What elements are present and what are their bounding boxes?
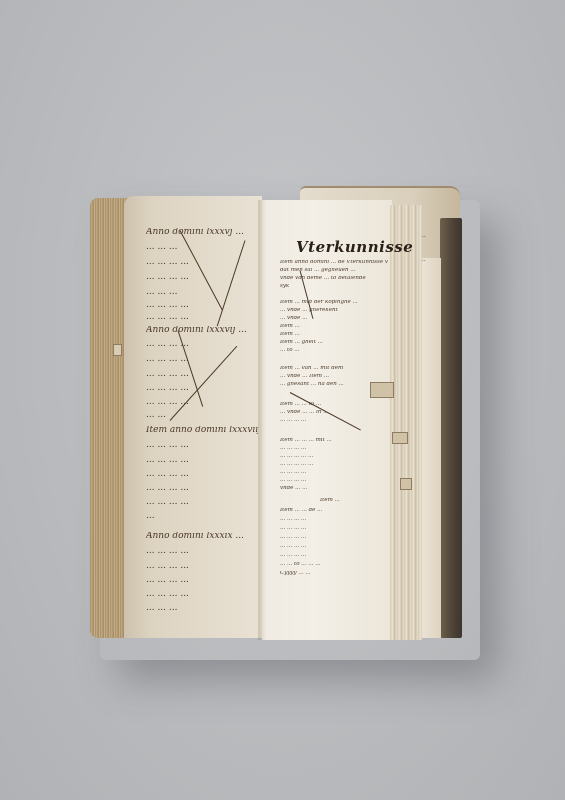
manuscript-line: Item ... ... to ...	[280, 402, 388, 408]
manuscript-line: ... ... ... ...	[280, 470, 388, 476]
manuscript-line: Item ... ... de ...	[280, 508, 388, 514]
manuscript-line: vnde ... ...	[280, 486, 388, 492]
manuscript-line: ... ... ... ...	[146, 470, 258, 479]
right-page-stack	[390, 205, 422, 640]
manuscript-line: ... ... ... ...	[146, 484, 258, 493]
manuscript-line: Item anno domini lxxxviij	[146, 426, 258, 435]
manuscript-line: dat men sal ... gegheuen ...	[280, 268, 388, 274]
right-page-heading: Vterkunnisse	[296, 238, 413, 256]
manuscript-line: ... ... ... ...	[146, 441, 258, 450]
manuscript-line: ... ... ... ...	[146, 340, 258, 349]
manuscript-line: ... ... ... ...	[280, 526, 388, 532]
manuscript-line: Item ... ... ... mit ...	[280, 438, 388, 444]
manuscript-line: ... ghesant ... na den ...	[280, 382, 388, 388]
manuscript-line: Anno domini lxxxvj ...	[146, 228, 258, 237]
manuscript-line: ... ... ... ...	[280, 478, 388, 484]
manuscript-line: ... ... ... ...	[146, 547, 258, 556]
manuscript-line: Item ...	[280, 332, 388, 338]
manuscript-line: Item ... van ... mit dem	[280, 366, 388, 372]
manuscript-line: ... ... ...	[146, 604, 258, 613]
manuscript-line: Item ...	[280, 324, 388, 330]
manuscript-line: Item ...	[320, 498, 428, 504]
manuscript-line: ... ... ... ...	[146, 370, 258, 379]
manuscript-line: ... ... ... ...	[146, 355, 258, 364]
manuscript-line: ... vnde ...	[280, 316, 388, 322]
manuscript-line: ... ... ... ...	[280, 553, 388, 559]
manuscript-line: ... ... ... ...	[280, 446, 388, 452]
manuscript-line: ... ... ...	[146, 288, 258, 297]
manuscript-line: Anno domini lxxxvij ...	[146, 326, 258, 335]
back-cover-edge	[440, 218, 462, 638]
manuscript-line: vnde van deme ... to betalende	[280, 276, 388, 282]
manuscript-line: ... vnde ... Item ...	[280, 374, 388, 380]
manuscript-line: ... ... ... ...	[146, 562, 258, 571]
manuscript-line: ... ... ... ...	[146, 576, 258, 585]
manuscript-line: Anno domini lxxxix ...	[146, 532, 258, 541]
paper-tab	[392, 432, 408, 444]
manuscript-line: Item ... mid der kopinghe ...	[280, 300, 388, 306]
left-edge-tab	[113, 344, 122, 356]
manuscript-line: Item anno domini ... de Vterkunnisse vnd…	[280, 260, 388, 266]
manuscript-line: ... ... ... ...	[146, 498, 258, 507]
manuscript-line: Item ... ghelt ...	[280, 340, 388, 346]
manuscript-line: Cyyyy ... ...	[280, 571, 388, 577]
manuscript-line: ... vnde ... gherekent	[280, 308, 388, 314]
manuscript-line: ... to ...	[280, 348, 388, 354]
book-gutter	[258, 200, 266, 640]
manuscript-line: ... ... ... ...	[146, 456, 258, 465]
manuscript-line: syk	[280, 284, 388, 290]
manuscript-line: ... ... ... ...	[146, 258, 258, 267]
manuscript-line: ... ... ... ...	[280, 517, 388, 523]
manuscript-line: ... ...	[146, 411, 258, 420]
manuscript-line: ... ... ... ...	[146, 590, 258, 599]
manuscript-line: ...	[146, 512, 258, 521]
manuscript-line: ... ... ... ... ...	[280, 462, 388, 468]
paper-tab	[400, 478, 412, 490]
manuscript-line: ... ... to ... ... ...	[280, 562, 388, 568]
manuscript-line: ... ... ... ...	[146, 301, 258, 310]
manuscript-line: ... ... ... ...	[280, 535, 388, 541]
manuscript-line: ... ... ... ...	[146, 313, 258, 322]
manuscript-line: ... ... ... ...	[280, 544, 388, 550]
manuscript-line: ... ... ... ...	[280, 418, 388, 424]
manuscript-line: ... ... ... ... ...	[280, 454, 388, 460]
